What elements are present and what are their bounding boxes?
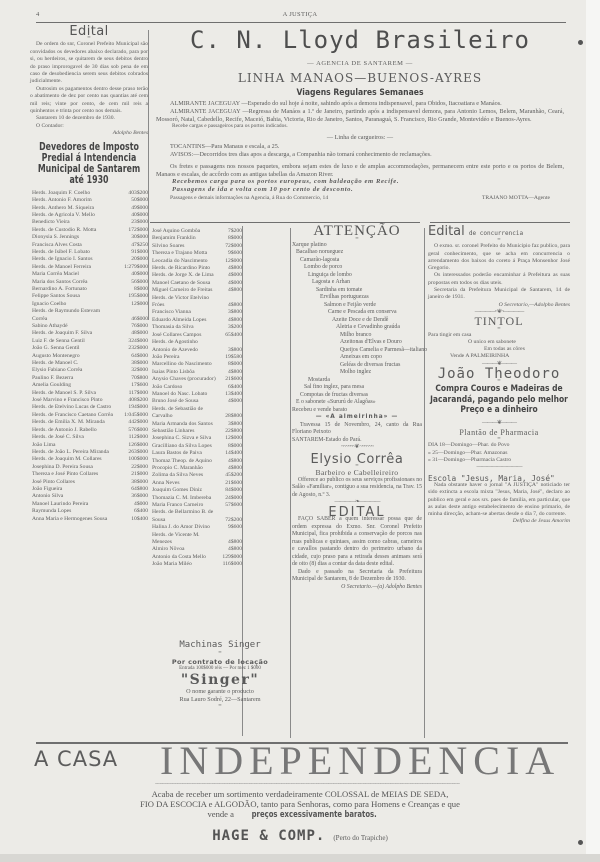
debtor-row: Benedicto Vieira23$000	[30, 219, 148, 226]
debtor-row: Leocadia do Nascimento12$000	[150, 258, 242, 265]
separator: =	[145, 650, 295, 656]
debtor-name: Benedicto Vieira	[32, 219, 118, 226]
lloyd-route: LINHA MANAOS—BUENOS-AYRES	[150, 71, 570, 85]
debtor-row: Thomazia C. M. Imbereba24$000	[150, 495, 242, 502]
debtor-row: Maria Franco Carneiro57$600	[150, 502, 242, 509]
debtor-name: Luiz F. de Senna Gentil	[32, 338, 118, 345]
singer-advert: Machinas Singer = Por contrato de locaçã…	[145, 640, 295, 709]
debtor-row: José Collares Campos65$400	[150, 332, 242, 339]
debtor-row: Herds. de Manoel S. P. Silva117$000	[30, 390, 148, 397]
casa-line: Acaba de receber um sortimento verdadeir…	[30, 789, 570, 799]
debtor-name: Maria dos Santos Corrêa	[32, 279, 118, 286]
debtor-amount: 12$000	[218, 258, 242, 265]
debtor-row: Herds. de Jorge X. de Lima4$000	[150, 272, 242, 279]
ornament-divider: ———❦———	[428, 420, 570, 427]
debtor-name: Herds. de José C. Silva	[32, 434, 118, 441]
debtor-row: Herds. de Victor Etelvino Fróes4$800	[150, 295, 242, 310]
debtor-name: João Figueira	[32, 486, 118, 493]
lloyd-subtitle: Viagens Regulares Semanaes	[182, 88, 539, 98]
debtor-name: Raymunda Lopes	[32, 508, 118, 515]
pharmacy-row: » 25—Domingo—Phar. Amazonas	[428, 450, 570, 457]
debtor-name: Gracilliano da Silva Lopes	[152, 443, 218, 450]
debtor-name: João G. Senna Gentil	[32, 345, 118, 352]
debtor-name: Herds. de Jorge X. de Lima	[152, 272, 218, 279]
debtor-name: Herds. Joaquim F. Coelho	[32, 190, 118, 197]
debtor-name: Anna Neves	[152, 480, 218, 487]
debtor-name: Thomazia C. M. Imbereba	[152, 495, 218, 502]
debtor-name: Herds. de Sebastião de Carvalho	[152, 406, 218, 421]
debtor-name: Josephina C. Sizva e Silva	[152, 435, 218, 442]
casa-text: Acaba de receber um sortimento verdadeir…	[30, 789, 570, 821]
edital-signature: Adolpho Bentes	[30, 130, 148, 137]
grocery-item: Lagosta e Arhan	[292, 279, 422, 287]
edital-mid-closing: Dado e passado na Secretaria da Prefeitu…	[292, 569, 422, 584]
joao-body: Compra Couros e Madeiras de Jacarandá, p…	[429, 384, 568, 416]
devedores-title: Devedores de Imposto Predial á Intendenc…	[33, 142, 146, 186]
debtor-name: Bruno José de Sousa	[152, 398, 218, 405]
debtor-name: Anysio Chaves (procurador)	[152, 376, 218, 383]
debtor-amount: 64$000	[118, 353, 148, 360]
debtor-name: Herds. de Isibel F. Lobato	[32, 249, 118, 256]
debtor-amount: 126$000	[118, 442, 148, 449]
debtor-name: Herds. de Etelvino Lucas de Castro	[32, 404, 118, 411]
tintol-title: TINTOL	[428, 318, 570, 325]
debtor-row: Herds. de Vicente M. Menezes4$800	[150, 532, 242, 547]
debtor-row: Zolima da Silva Neves45$200	[150, 472, 242, 479]
debtor-row: Herds. Anthero M. Siqueira49$000	[30, 205, 148, 212]
debtor-name: Thereza e José Pinto Collares	[32, 471, 118, 478]
edital-paragraph: De ordem do snr, Coronel Prefeito Munici…	[30, 41, 148, 85]
debtor-name: Laura Bastos de Paiva	[152, 450, 218, 457]
debtor-row: Anysio Chaves (procurador)21$600	[150, 376, 242, 383]
debtor-row: Herds. de Agostinho Antonio de Azevedo3$…	[150, 339, 242, 354]
debtor-name: Sabino Athaydé	[32, 323, 118, 330]
debtor-row: Francisca Alves Costa47$250	[30, 242, 148, 249]
debtor-name: Bernardino A. Fortunato	[32, 286, 118, 293]
debtor-amount: 50$000	[118, 197, 148, 204]
pharmacy-row: DIA 18—Domingo—Phar. do Povo	[428, 442, 570, 449]
separator: =	[145, 703, 295, 709]
lloyd-paragraph: TOCANTINS—Para Manaus e escala, a 25.	[150, 143, 570, 151]
debtor-name: Benjamim Franklin	[152, 235, 218, 242]
debtor-amount: 8$000	[218, 235, 242, 242]
debtor-name: Halina J. do Amor Divino	[152, 524, 218, 531]
debtor-row: João Maria Miléo116$000	[150, 561, 242, 568]
grocery-item: Milho branco	[292, 332, 422, 340]
grocery-item: E o sabonete «Sururú de Alagôas»	[292, 399, 422, 407]
debtor-amount: 12$000	[218, 435, 242, 442]
debtor-row: Thomasia da Silva3$200	[150, 324, 242, 331]
debtor-amount: 10$400	[118, 516, 148, 523]
middle-column: ATTENÇÃO = Xarque platinoBacalhao norueg…	[292, 228, 422, 591]
debtor-amount: 32$000	[118, 367, 148, 374]
singer-brand: "Singer"	[145, 672, 295, 688]
page-bottom-edge	[0, 854, 600, 862]
debtor-amount: 21$000	[118, 471, 148, 478]
tintol-line: Para tingir em casa	[428, 332, 570, 339]
elysio-subtitle: Barbeiro e Cabelleireiro	[292, 469, 422, 477]
debtor-row: Herds. de Sebastião de Carvalho28$800	[150, 406, 242, 421]
debtor-name: Herds. de Raymundo Estevam Corrêa	[32, 308, 118, 323]
debtor-name: Marcellino do Nascimento	[152, 361, 218, 368]
page-header: 4 A JUSTIÇA	[30, 8, 570, 22]
debtor-name: Joaquim Gomes Diniz	[152, 487, 218, 494]
debtor-row: Maria dos Santos Corrêa56$000	[30, 279, 148, 286]
lloyd-title: C. N. Lloyd Brasileiro	[150, 26, 570, 54]
left-column: Edital = De ordem do snr, Coronel Prefei…	[30, 24, 148, 523]
firm-name: HAGE & COMP.	[212, 828, 325, 844]
debtor-amount: 195$000	[118, 293, 148, 300]
debtor-amount: 117$000	[118, 390, 148, 397]
debtor-name: Manoel do Nasc. Lobato	[152, 391, 218, 398]
edital-concurrencia-text: Secretaria da Prefeitura Municipal de Sa…	[428, 287, 570, 302]
debtor-amount: 576$000	[118, 427, 148, 434]
debtor-name: Herds. de Antonio J. Rabello	[32, 427, 118, 434]
tintol-line: Vende A PALMEIRINHA	[428, 353, 570, 360]
debtor-row: Herds. de Raymundo Estevam Corrêa46$000	[30, 308, 148, 323]
right-column: Edital de concurrencia = O exmo. sr. cor…	[428, 228, 570, 526]
grocery-item: Sardinha em tomate	[292, 287, 422, 295]
debtor-amount: 49$000	[118, 205, 148, 212]
debtor-name: Herds. de Emilia X. M. Miranda	[32, 419, 118, 426]
debtor-row: Felippe Santos Sousa195$000	[30, 293, 148, 300]
debtor-row: Amelia Goulding17$600	[30, 382, 148, 389]
debtor-amount: 116$000	[218, 561, 242, 568]
debtor-name: José Pinto Collares	[32, 479, 118, 486]
debtor-row: João Lima126$000	[30, 442, 148, 449]
debtor-name: Elysio Fabiano Corrêa	[32, 367, 118, 374]
debtor-name: João Maria Miléo	[152, 561, 218, 568]
debtor-amount: 56$000	[118, 279, 148, 286]
debtor-amount: 403$200	[118, 190, 148, 197]
debtor-name: João Lima	[32, 442, 118, 449]
debtor-name: Felippe Santos Sousa	[32, 293, 118, 300]
firm-line: HAGE & COMP. (Perto do Trapiche)	[30, 827, 570, 845]
debtor-row: Herds. de José C. Silva112$000	[30, 434, 148, 441]
lloyd-agency: — AGENCIA DE SANTAREM —	[150, 60, 570, 67]
debtor-name: Maria Armanda dos Santos	[152, 421, 218, 428]
column-divider	[148, 30, 149, 320]
debtor-name: Thomasia da Silva	[152, 324, 218, 331]
debtor-row: Josephina D. Pereira Sousa22$000	[30, 464, 148, 471]
grocery-item: Geléas de diversas fructas	[292, 362, 422, 370]
singer-address: Rua Lauro Sodré, 22—Santarem	[145, 696, 295, 704]
lloyd-address: Passagens e demais informações na Agenci…	[170, 195, 328, 201]
debtor-name: Herds. de Ricardino Pinto	[152, 265, 218, 272]
debtor-row: Josephina C. Sizva e Silva12$000	[150, 435, 242, 442]
debtor-name: Herds. de Agricola V. Mello	[32, 212, 118, 219]
edital-title: Edital	[30, 28, 148, 35]
lloyd-paragraph: Recebe cargas e passageiros para os port…	[150, 123, 570, 131]
debtor-name: Herds. de Francisco Caetano Corrêa	[32, 412, 118, 419]
lloyd-cargo-line: — Linha de cargueiros: —	[150, 134, 570, 141]
debtor-row: João Cardoso6$400	[150, 384, 242, 391]
debtor-amount: 232$000	[118, 345, 148, 352]
edital-paragraph: Outrosim os pagamentos dentro desse pras…	[30, 86, 148, 116]
debtor-amount: 23$000	[118, 219, 148, 226]
edital-date: Santarem 10 de dezembro de 1930.	[30, 115, 148, 122]
debtor-name: Herds. de João L. Pereira Miranda	[32, 449, 118, 456]
debtor-amount: 40$000	[118, 271, 148, 278]
attencao-title: ATTENÇÃO	[292, 228, 422, 236]
grocery-item: Recebeu e vende barato	[292, 407, 422, 415]
debtor-amount: 4$000	[218, 272, 242, 279]
debtor-name: Herds. de Manoel S. P. Silva	[32, 390, 118, 397]
grocery-item: Ameixas em copo	[292, 354, 422, 362]
debtor-name: Ignacio Coelho	[32, 301, 118, 308]
debtor-row: Maria Corrêa Maciel40$000	[30, 271, 148, 278]
debtor-row: Herds. de Bellarmino B. de Sousa72$200	[150, 509, 242, 524]
debtor-name: Herds. de Victor Etelvino Fróes	[152, 295, 218, 310]
lloyd-advert: C. N. Lloyd Brasileiro — AGENCIA DE SANT…	[150, 24, 570, 201]
ornament-divider: ~~~~~~❦~~~~~~	[292, 444, 422, 452]
grocery-item: Mostarda	[292, 377, 422, 385]
lloyd-paragraph: AVISOS:—Decorridos tres dias apos a desc…	[150, 151, 570, 159]
newspaper-page: 4 A JUSTIÇA Edital = De ordem do snr, Co…	[0, 0, 600, 862]
edital-title-word: Edital	[428, 224, 465, 239]
debtor-name: Zolima da Silva Neves	[152, 472, 218, 479]
debtor-row: Herds. Antonio F. Amorim50$000	[30, 197, 148, 204]
elysio-text: Offerece ao publico os seus serviços pro…	[292, 477, 422, 500]
debtor-row: Francisco Vianna3$800	[150, 309, 242, 316]
debtor-row: Thomaz Theop. de Aquino4$800	[150, 458, 242, 465]
joao-title: João Theodoro	[428, 371, 570, 378]
ad-rule	[430, 222, 570, 223]
grocery-list: Xarque platinoBacalhao norueguezCamarão-…	[292, 242, 422, 415]
debtor-amount: 12$000	[118, 301, 148, 308]
debtor-name: Herds. Antonio F. Amorim	[32, 197, 118, 204]
debtor-name: Herds. de Joaquim F. Silva	[32, 330, 118, 337]
shop-name: — «A almeirinha» —	[292, 414, 422, 422]
debtor-amount: 48$000	[118, 330, 148, 337]
lloyd-paragraph: ALMIRANTE JACEGUAY —Regressa de Manáos a…	[150, 108, 570, 124]
debtor-amount: 112$000	[118, 434, 148, 441]
debtor-amount: 14$400	[218, 450, 242, 457]
casa-line: vende a	[207, 809, 233, 819]
edital-mid-text: FAÇO SABER a quem interessar possa que d…	[292, 516, 422, 569]
newspaper-title: A JUSTIÇA	[30, 11, 570, 18]
debtor-name: Isaias Pinto Lisbôa	[152, 369, 218, 376]
debtor-row: Almiro Nôvoa4$800	[150, 546, 242, 553]
debtor-row: Maria Armanda dos Santos3$800	[150, 421, 242, 428]
debtor-amount: 30$000	[118, 234, 148, 241]
lloyd-italic-note: Passagens de ida e volta com 10 por cent…	[150, 186, 570, 194]
grocery-item: Azeitonas d'Elvas e Douro	[292, 339, 422, 347]
debtor-amount: 22$000	[118, 464, 148, 471]
singer-slogan: O nome garante o producto	[145, 688, 295, 696]
singer-contract: Por contrato de locação	[145, 658, 295, 666]
debtor-name: Silvino Soares	[152, 243, 218, 250]
debtor-row: Halina J. do Amor Divino9$600	[150, 524, 242, 531]
singer-title: Machinas Singer	[145, 640, 295, 650]
debtor-name: José Marvino e Francisco Pinto	[32, 397, 118, 404]
debtor-name: Josephina D. Pereira Sousa	[32, 464, 118, 471]
debtor-amount: 194$000	[118, 404, 148, 411]
debtor-name: João Cardoso	[152, 384, 218, 391]
edital-mid-signature: O Secretario.—(a) Adolpho Bentes	[292, 584, 422, 592]
debtor-row: Augusto Montenegro64$000	[30, 353, 148, 360]
debtor-amount: 100$000	[118, 456, 148, 463]
debtor-row: Herds. de Custodio R. Motta172$000	[30, 227, 148, 234]
debtor-name: Francisca Alves Costa	[32, 242, 118, 249]
escola-title: Escola "Jesus, Maria, José"	[428, 475, 570, 482]
debtor-name: Herds. de Manoel Ferreira	[32, 264, 118, 271]
ornament-divider: —————————	[428, 464, 570, 471]
debtor-row: Isaias Pinto Lisbôa4$800	[150, 369, 242, 376]
debtor-amount: 3$200	[218, 324, 242, 331]
debtor-name: Miguel Carneiro de Freitas	[152, 287, 218, 294]
debtor-name: Dionysia S. Jennings	[32, 234, 118, 241]
debtor-name: José Aquino Gombôa	[152, 228, 218, 235]
page-margin	[586, 0, 600, 862]
grocery-item: Molho inglez	[292, 369, 422, 377]
debtor-amount: 17$600	[118, 382, 148, 389]
debtor-row: Dionysia S. Jennings30$000	[30, 234, 148, 241]
debtor-amount: 38$000	[118, 479, 148, 486]
debtor-amount: 47$250	[118, 242, 148, 249]
debtor-name: Manoel Caetano de Sousa	[152, 280, 218, 287]
escola-signature: Delfina de Jesus Amorim	[428, 518, 570, 525]
grocery-item: Xarque platino	[292, 242, 422, 250]
edital-concurrencia-text: O exmo. sr. coronel Prefeito do Municipi…	[428, 243, 570, 272]
shop-city: SANTAREM-Estado do Pará.	[292, 437, 422, 445]
pharmacy-row: » 31—Domingo—Pharmacia Castro	[428, 457, 570, 464]
debtor-amount: 20$000	[118, 256, 148, 263]
header-rule	[36, 22, 566, 23]
plantao-title: Plantão de Pharmacia	[428, 429, 570, 436]
pharmacy-schedule: DIA 18—Domingo—Phar. do Povo» 25—Domingo…	[428, 442, 570, 464]
debtor-name: Herds. Anthero M. Siqueira	[32, 205, 118, 212]
debtor-name: Almiro Nôvoa	[152, 546, 218, 553]
grocery-item: Queijos Camelia e Parmesã—italiano	[292, 347, 422, 355]
debtor-list: Herds. Joaquim F. Coelho403$200Herds. An…	[30, 190, 148, 523]
grocery-item: Bacalhao norueguez	[292, 249, 422, 257]
debtor-name: José Collares Campos	[152, 332, 218, 339]
debtor-name: Leocadia do Nascimento	[152, 258, 218, 265]
debtor-amount: 6$400	[218, 384, 242, 391]
debtor-name: Herds. de Custodio R. Motta	[32, 227, 118, 234]
grocery-item: Sal fino inglez, para mesa	[292, 384, 422, 392]
ornament-divider: ~~~~~~~~~~~~~~~~~~~~~~~~~~~~~~~~~~~~~~~~…	[155, 781, 565, 787]
debtor-amount: 442$000	[118, 419, 148, 426]
debtor-name: Amelia Goulding	[32, 382, 118, 389]
grocery-item: Carne e Pescada em conserva	[292, 309, 422, 317]
debtor-name: Antonio da Costa Mello	[152, 554, 218, 561]
debtor-name: Eduardo Almeida Lopes	[152, 317, 218, 324]
debtor-row: Herds. de Antonio J. Rabello576$000	[30, 427, 148, 434]
debtor-amount: 57$600	[218, 502, 242, 509]
debtor-row: Herds. de Ignacio I. Santos20$000	[30, 256, 148, 263]
casa-prefix: A CASA	[34, 747, 118, 771]
debtor-name: Maria Franco Carneiro	[152, 502, 218, 509]
lloyd-agent: TRAJANO MOTTA—Agente	[482, 195, 550, 201]
lloyd-italic-note: Recebemos carga para os portos europeus,…	[150, 178, 570, 186]
edital-role: O Contador:	[30, 123, 148, 130]
grocery-item: Ervilhas portuguezas	[292, 294, 422, 302]
debtor-name: Herds. de Vicente M. Menezes	[152, 532, 218, 547]
debtor-list-continued: José Aquino Gombôa7$200Benjamim Franklin…	[150, 224, 242, 569]
debtor-amount: 3$800	[218, 309, 242, 316]
grocery-item: Aletria e Cevadinho graúda	[292, 324, 422, 332]
grocery-item: Camarão-lagosta	[292, 257, 422, 265]
debtor-name: Paulino F. Bezerra	[32, 375, 118, 382]
grocery-item: Lombo de porco	[292, 264, 422, 272]
grocery-item: Salmon e Feijão verde	[292, 302, 422, 310]
debtor-amount: 4$800	[218, 458, 242, 465]
debtor-row: Laura Bastos de Paiva14$400	[150, 450, 242, 457]
lloyd-footer: Passagens e demais informações na Agenci…	[150, 195, 570, 201]
casa-highlight: preços excessivamente baratos.	[252, 810, 377, 820]
debtor-amount: 46$000	[118, 316, 148, 323]
casa-name: INDEPENDENCIA	[160, 737, 560, 784]
debtor-amount: 172$000	[118, 227, 148, 234]
debtor-row: Joaquim Gomes Diniz84$000	[150, 487, 242, 494]
binding-hole	[578, 840, 583, 845]
debtor-row: Herds. Joaquim F. Coelho403$200	[30, 190, 148, 197]
debtor-row: Antonio Silva36$000	[30, 493, 148, 500]
debtor-amount: 6$400	[118, 508, 148, 515]
edital-mid-title: EDITAL	[292, 509, 422, 517]
debtor-row: Herds. de Joaquim F. Silva48$000	[30, 330, 148, 337]
debtor-list: José Aquino Gombôa7$200Benjamim Franklin…	[150, 228, 242, 569]
debtor-row: Miguel Carneiro de Freitas4$800	[150, 287, 242, 294]
debtor-name: Herds. de Manoel C.	[32, 360, 118, 367]
debtor-row: Raymunda Lopes6$400	[30, 508, 148, 515]
debtor-name: Anna Maria e Hermogenes Sousa	[32, 516, 118, 523]
debtor-name: Manoel Laurindo Pereira	[32, 501, 118, 508]
debtor-amount: 21$600	[218, 376, 242, 383]
grocery-item: Linguiça de lombo	[292, 272, 422, 280]
debtor-name: Francisco Vianna	[152, 309, 218, 316]
debtor-name: Herds. de Bellarmino B. de Sousa	[152, 509, 218, 524]
debtor-row: Bruno José de Sousa4$000	[150, 398, 242, 405]
debtor-amount: 24$000	[218, 495, 242, 502]
debtor-name: Antonio Silva	[32, 493, 118, 500]
debtor-amount: 8$000	[218, 361, 242, 368]
debtor-row: Thereza e José Pinto Collares21$000	[30, 471, 148, 478]
debtor-name: Herds. de Ignacio I. Santos	[32, 256, 118, 263]
debtor-amount: 4$000	[218, 398, 242, 405]
elysio-title: Elysio Corrêa	[292, 456, 422, 464]
grocery-item: Compotas de fructas diversas	[292, 392, 422, 400]
debtor-row: Thereza e Trajano Motta9$600	[150, 250, 242, 257]
debtor-row: Elysio Fabiano Corrêa32$000	[30, 367, 148, 374]
debtor-amount: 65$400	[218, 332, 242, 339]
tintol-line: Em todas as côres	[428, 346, 570, 353]
edital-concurrencia-title: Edital de concurrencia	[428, 228, 570, 237]
lloyd-paragraph: Os fretes e passagens nos nossos paquete…	[150, 163, 570, 179]
firm-location: (Perto do Trapiche)	[333, 834, 387, 842]
debtor-row: Herds. de Etelvino Lucas de Castro194$00…	[30, 404, 148, 411]
debtor-name: Maria Corrêa Maciel	[32, 271, 118, 278]
grocery-item: Azeite Doce e de Dendê	[292, 317, 422, 325]
debtor-row: Herds. de Emilia X. M. Miranda442$000	[30, 419, 148, 426]
debtor-amount: 3$800	[218, 421, 242, 428]
edital-title-sub: de concurrencia	[469, 230, 523, 237]
column-divider	[424, 228, 425, 738]
debtor-row: José Pinto Collares38$000	[30, 479, 148, 486]
debtor-name: João Pereira	[152, 354, 218, 361]
debtor-amount: 4$800	[218, 546, 242, 553]
lloyd-paragraph: ALMIRANTE JACEGUAY —Esperado do sul hoje…	[150, 100, 570, 108]
debtor-amount: 45$200	[218, 472, 242, 479]
casa-line: FIO DA ESCOCIA e ALGODÃO, tanto para Sen…	[30, 799, 570, 809]
debtor-amount: 4$800	[218, 369, 242, 376]
debtor-row: João G. Senna Gentil232$000	[30, 345, 148, 352]
debtor-amount: 3$800	[218, 347, 242, 354]
debtor-amount: 28$800	[218, 413, 242, 420]
debtor-row: Herds. de Joaquim M. Collares100$000	[30, 456, 148, 463]
